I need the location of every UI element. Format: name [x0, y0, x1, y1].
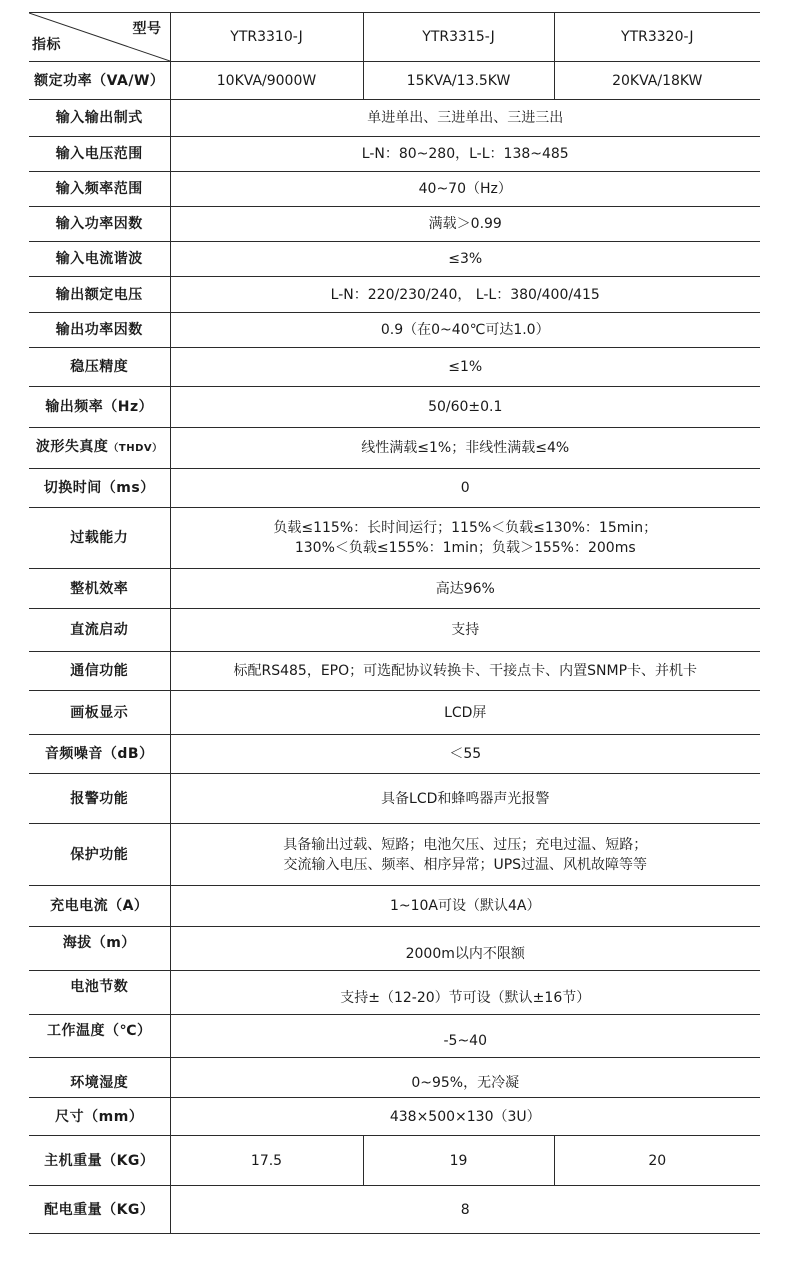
row-label: 配电重量（KG）: [29, 1186, 170, 1234]
row-value: ≤1%: [170, 348, 760, 387]
row-label: 电池节数: [29, 971, 170, 1015]
table-row: 输入功率因数 满载＞0.99: [29, 207, 760, 242]
table-row: 报警功能 具备LCD和蜂鸣器声光报警: [29, 774, 760, 824]
row-value: 0~95%，无冷凝: [170, 1058, 760, 1098]
row-label: 输入功率因数: [29, 207, 170, 242]
row-value: 20KVA/18KW: [554, 62, 760, 100]
header-corner-cell: 型号 指标: [29, 13, 170, 62]
table-row: 通信功能 标配RS485，EPO；可选配协议转换卡、干接点卡、内置SNMP卡、并…: [29, 652, 760, 691]
row-label: 稳压精度: [29, 348, 170, 387]
row-value: 438×500×130（3U）: [170, 1098, 760, 1136]
row-label: 输入频率范围: [29, 172, 170, 207]
model-header: YTR3315-J: [363, 13, 554, 62]
row-label: 输入电压范围: [29, 137, 170, 172]
table-row: 配电重量（KG） 8: [29, 1186, 760, 1234]
row-value: 8: [170, 1186, 760, 1234]
table-row: 充电电流（A） 1~10A可设（默认4A）: [29, 886, 760, 927]
value-line: 130%＜负载≤155%：1min；负载＞155%：200ms: [171, 538, 761, 558]
table-row: 输入电流谐波 ≤3%: [29, 242, 760, 277]
row-value: 支持±（12-20）节可设（默认±16节）: [170, 971, 760, 1015]
row-value: 具备输出过载、短路；电池欠压、过压；充电过温、短路； 交流输入电压、频率、相序异…: [170, 824, 760, 886]
row-value: 满载＞0.99: [170, 207, 760, 242]
row-label: 输出额定电压: [29, 277, 170, 313]
table-row: 环境湿度 0~95%，无冷凝: [29, 1058, 760, 1098]
table-row: 尺寸（mm） 438×500×130（3U）: [29, 1098, 760, 1136]
row-label: 海拔（m）: [29, 927, 170, 971]
table-row: 额定功率（VA/W） 10KVA/9000W 15KVA/13.5KW 20KV…: [29, 62, 760, 100]
row-value: 40~70（Hz）: [170, 172, 760, 207]
table-row: 整机效率 高达96%: [29, 569, 760, 609]
row-value: 支持: [170, 609, 760, 652]
row-value: 标配RS485，EPO；可选配协议转换卡、干接点卡、内置SNMP卡、并机卡: [170, 652, 760, 691]
row-label: 切换时间（ms）: [29, 469, 170, 508]
table-row: 音频噪音（dB） ＜55: [29, 735, 760, 774]
row-label: 保护功能: [29, 824, 170, 886]
table-row: 海拔（m） 2000m以内不限额: [29, 927, 760, 971]
row-label: 输出功率因数: [29, 313, 170, 348]
table-row: 保护功能 具备输出过载、短路；电池欠压、过压；充电过温、短路； 交流输入电压、频…: [29, 824, 760, 886]
row-label: 输出频率（Hz）: [29, 387, 170, 428]
row-label: 报警功能: [29, 774, 170, 824]
row-label: 整机效率: [29, 569, 170, 609]
row-value: LCD屏: [170, 691, 760, 735]
row-value: ≤3%: [170, 242, 760, 277]
table-row: 电池节数 支持±（12-20）节可设（默认±16节）: [29, 971, 760, 1015]
row-label: 输入输出制式: [29, 100, 170, 137]
row-value: 10KVA/9000W: [170, 62, 363, 100]
table-row: 输入频率范围 40~70（Hz）: [29, 172, 760, 207]
table-row: 波形失真度（THDV） 线性满载≤1%；非线性满载≤4%: [29, 428, 760, 469]
row-value: L-N：220/230/240， L-L：380/400/415: [170, 277, 760, 313]
row-value: 负载≤115%：长时间运行；115%＜负载≤130%：15min； 130%＜负…: [170, 508, 760, 569]
row-value: 线性满载≤1%；非线性满载≤4%: [170, 428, 760, 469]
model-header: YTR3320-J: [554, 13, 760, 62]
row-label: 音频噪音（dB）: [29, 735, 170, 774]
row-label: 充电电流（A）: [29, 886, 170, 927]
table-row: 直流启动 支持: [29, 609, 760, 652]
row-label-suffix: （THDV）: [108, 443, 162, 454]
row-value: 具备LCD和蜂鸣器声光报警: [170, 774, 760, 824]
table-row: 工作温度（℃） -5~40: [29, 1015, 760, 1058]
row-value: 20: [554, 1136, 760, 1186]
row-label: 过载能力: [29, 508, 170, 569]
row-value: 19: [363, 1136, 554, 1186]
table-row: 切换时间（ms） 0: [29, 469, 760, 508]
row-label: 尺寸（mm）: [29, 1098, 170, 1136]
table-row: 输出额定电压 L-N：220/230/240， L-L：380/400/415: [29, 277, 760, 313]
header-row: 型号 指标 YTR3310-J YTR3315-J YTR3320-J: [29, 13, 760, 62]
row-label: 主机重量（KG）: [29, 1136, 170, 1186]
row-label: 通信功能: [29, 652, 170, 691]
spec-table: 型号 指标 YTR3310-J YTR3315-J YTR3320-J 额定功率…: [29, 12, 760, 1234]
row-value: 17.5: [170, 1136, 363, 1186]
value-line: 交流输入电压、频率、相序异常；UPS过温、风机故障等等: [171, 855, 761, 875]
row-label-text: 波形失真度: [36, 439, 109, 455]
table-row: 画板显示 LCD屏: [29, 691, 760, 735]
row-value: 15KVA/13.5KW: [363, 62, 554, 100]
row-label: 直流启动: [29, 609, 170, 652]
row-value: 2000m以内不限额: [170, 927, 760, 971]
row-value: L-N：80~280，L-L：138~485: [170, 137, 760, 172]
row-label: 波形失真度（THDV）: [29, 428, 170, 469]
row-label: 工作温度（℃）: [29, 1015, 170, 1058]
table-row: 主机重量（KG） 17.5 19 20: [29, 1136, 760, 1186]
row-value: 单进单出、三进单出、三进三出: [170, 100, 760, 137]
row-label: 额定功率（VA/W）: [29, 62, 170, 100]
table-row: 输入输出制式 单进单出、三进单出、三进三出: [29, 100, 760, 137]
table-row: 稳压精度 ≤1%: [29, 348, 760, 387]
row-value: 0: [170, 469, 760, 508]
table-row: 输出功率因数 0.9（在0~40℃可达1.0）: [29, 313, 760, 348]
corner-index-label: 指标: [32, 35, 61, 55]
row-value: 高达96%: [170, 569, 760, 609]
table-row: 过载能力 负载≤115%：长时间运行；115%＜负载≤130%：15min； 1…: [29, 508, 760, 569]
table-row: 输出频率（Hz） 50/60±0.1: [29, 387, 760, 428]
row-value: 0.9（在0~40℃可达1.0）: [170, 313, 760, 348]
value-line: 负载≤115%：长时间运行；115%＜负载≤130%：15min；: [171, 518, 761, 538]
row-value: ＜55: [170, 735, 760, 774]
corner-model-label: 型号: [133, 19, 162, 39]
row-value: 50/60±0.1: [170, 387, 760, 428]
value-line: 具备输出过载、短路；电池欠压、过压；充电过温、短路；: [171, 835, 761, 855]
row-value: -5~40: [170, 1015, 760, 1058]
row-value: 1~10A可设（默认4A）: [170, 886, 760, 927]
table-row: 输入电压范围 L-N：80~280，L-L：138~485: [29, 137, 760, 172]
row-label: 画板显示: [29, 691, 170, 735]
row-label: 输入电流谐波: [29, 242, 170, 277]
row-label: 环境湿度: [29, 1058, 170, 1098]
model-header: YTR3310-J: [170, 13, 363, 62]
